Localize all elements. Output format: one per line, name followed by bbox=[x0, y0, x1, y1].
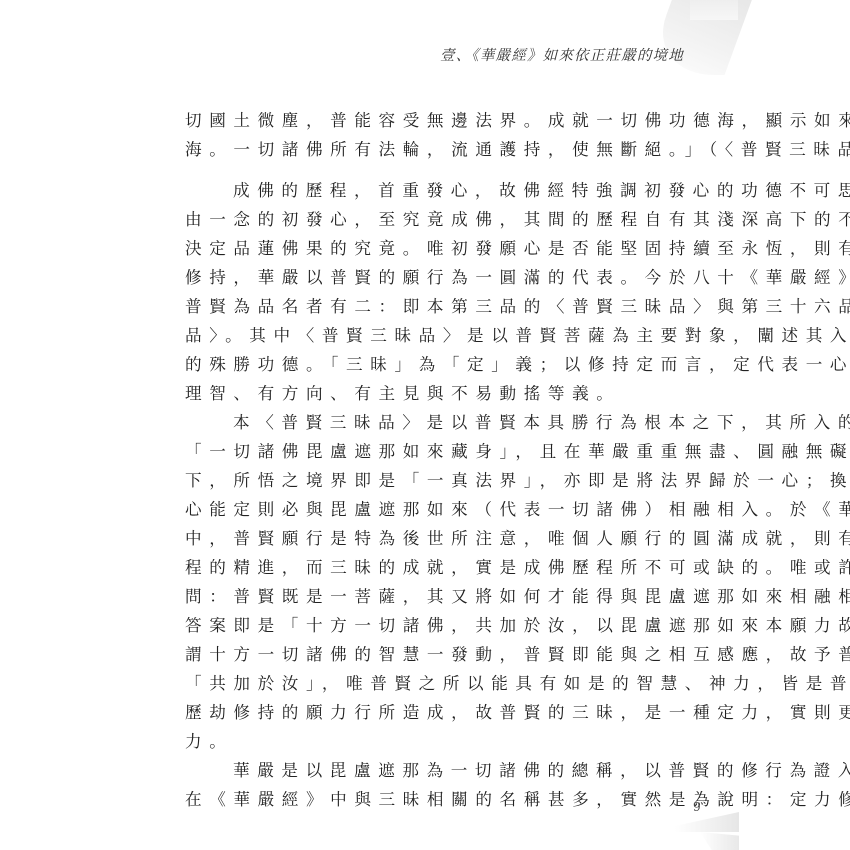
text-line: 「一切諸佛毘盧遮那如來藏身」，且在華嚴重重無盡、圓融無礙法界觀之 bbox=[185, 437, 671, 466]
paragraph-3: 本〈普賢三昧品〉是以普賢本具勝行為根本之下，其所入的三昧是 「一切諸佛毘盧遮那如… bbox=[185, 408, 671, 756]
text-line: 問：普賢既是一菩薩，其又將如何才能得與毘盧遮那如來相融相入呢？此 bbox=[185, 582, 671, 611]
text-line: 普賢為品名者有二：即本第三品的〈普賢三昧品〉與第三十六品〈普賢行 bbox=[185, 292, 671, 321]
text-line: 程的精進，而三昧的成就，實是成佛歷程所不可或缺的。唯或許可以一 bbox=[185, 553, 671, 582]
text-line: 歷劫修持的願力行所造成，故普賢的三昧，是一種定力，實則更是一種願 bbox=[185, 698, 671, 727]
decorative-swoosh-bottom bbox=[675, 812, 739, 832]
decorative-swoosh-top-band bbox=[690, 0, 738, 20]
text-line: 的殊勝功德。「三昧」為「定」義；以修持定而言，定代表一心不亂、有 bbox=[185, 350, 671, 379]
text-line: 華嚴是以毘盧遮那為一切諸佛的總稱，以普賢的修行為證入的示現。 bbox=[185, 756, 671, 785]
text-line: 修持，華嚴以普賢的願行為一圓滿的代表。今於八十《華嚴經》中有關以 bbox=[185, 263, 671, 292]
text-line: 由一念的初發心，至究竟成佛，其間的歷程自有其淺深高下的不同，此則 bbox=[185, 205, 671, 234]
text-line: 海。一切諸佛所有法輪，流通護持，使無斷絕。」（〈普賢三昧品〉） bbox=[185, 135, 671, 164]
text-line: 「共加於汝」，唯普賢之所以能具有如是的智慧、神力，皆是普賢於過往 bbox=[185, 669, 671, 698]
text-line: 成佛的歷程，首重發心，故佛經特強調初發心的功德不可思量。然 bbox=[185, 176, 671, 205]
paragraph-2: 成佛的歷程，首重發心，故佛經特強調初發心的功德不可思量。然 由一念的初發心，至究… bbox=[185, 176, 671, 408]
text-line: 謂十方一切諸佛的智慧一發動，普賢即能與之相互感應，故予普賢而言是 bbox=[185, 640, 671, 669]
text-line: 答案即是「十方一切諸佛，共加於汝，以毘盧遮那如來本願力故」，此意 bbox=[185, 611, 671, 640]
decorative-swoosh-bottom-band bbox=[700, 832, 739, 850]
text-line: 在《華嚴經》中與三昧相關的名稱甚多，實然是為說明：定力修持的重要 bbox=[185, 785, 671, 814]
text-line: 下，所悟之境界即是「一真法界」，亦即是將法界歸於一心；換言之，唯 bbox=[185, 466, 671, 495]
text-line: 決定品蓮佛果的究竟。唯初發願心是否能堅固持續至永恆，則有賴三昧的 bbox=[185, 234, 671, 263]
text-line: 品〉。其中〈普賢三昧品〉是以普賢菩薩為主要對象，闡述其入於三昧中 bbox=[185, 321, 671, 350]
body-text: 切國土微塵，普能容受無邊法界。成就一切佛功德海，顯示如來諸大願 海。一切諸佛所有… bbox=[185, 106, 671, 814]
text-line: 力。 bbox=[185, 727, 671, 756]
paragraph-4: 華嚴是以毘盧遮那為一切諸佛的總稱，以普賢的修行為證入的示現。 在《華嚴經》中與三… bbox=[185, 756, 671, 814]
paragraph-1: 切國土微塵，普能容受無邊法界。成就一切佛功德海，顯示如來諸大願 海。一切諸佛所有… bbox=[185, 106, 671, 164]
text-line: 本〈普賢三昧品〉是以普賢本具勝行為根本之下，其所入的三昧是 bbox=[185, 408, 671, 437]
running-header-title: 壹、《華嚴經》如來依正莊嚴的境地 bbox=[440, 44, 700, 65]
text-line: 中，普賢願行是特為後世所注意，唯個人願行的圓滿成就，則有待修持歷 bbox=[185, 524, 671, 553]
book-page: 壹、《華嚴經》如來依正莊嚴的境地 切國土微塵，普能容受無邊法界。成就一切佛功德海… bbox=[0, 0, 850, 850]
page-number: 9 bbox=[693, 800, 701, 814]
text-line: 理智、有方向、有主見與不易動搖等義。 bbox=[185, 379, 671, 408]
text-line: 切國土微塵，普能容受無邊法界。成就一切佛功德海，顯示如來諸大願 bbox=[185, 106, 671, 135]
text-line: 心能定則必與毘盧遮那如來（代表一切諸佛）相融相入。於《華嚴經》 bbox=[185, 495, 671, 524]
